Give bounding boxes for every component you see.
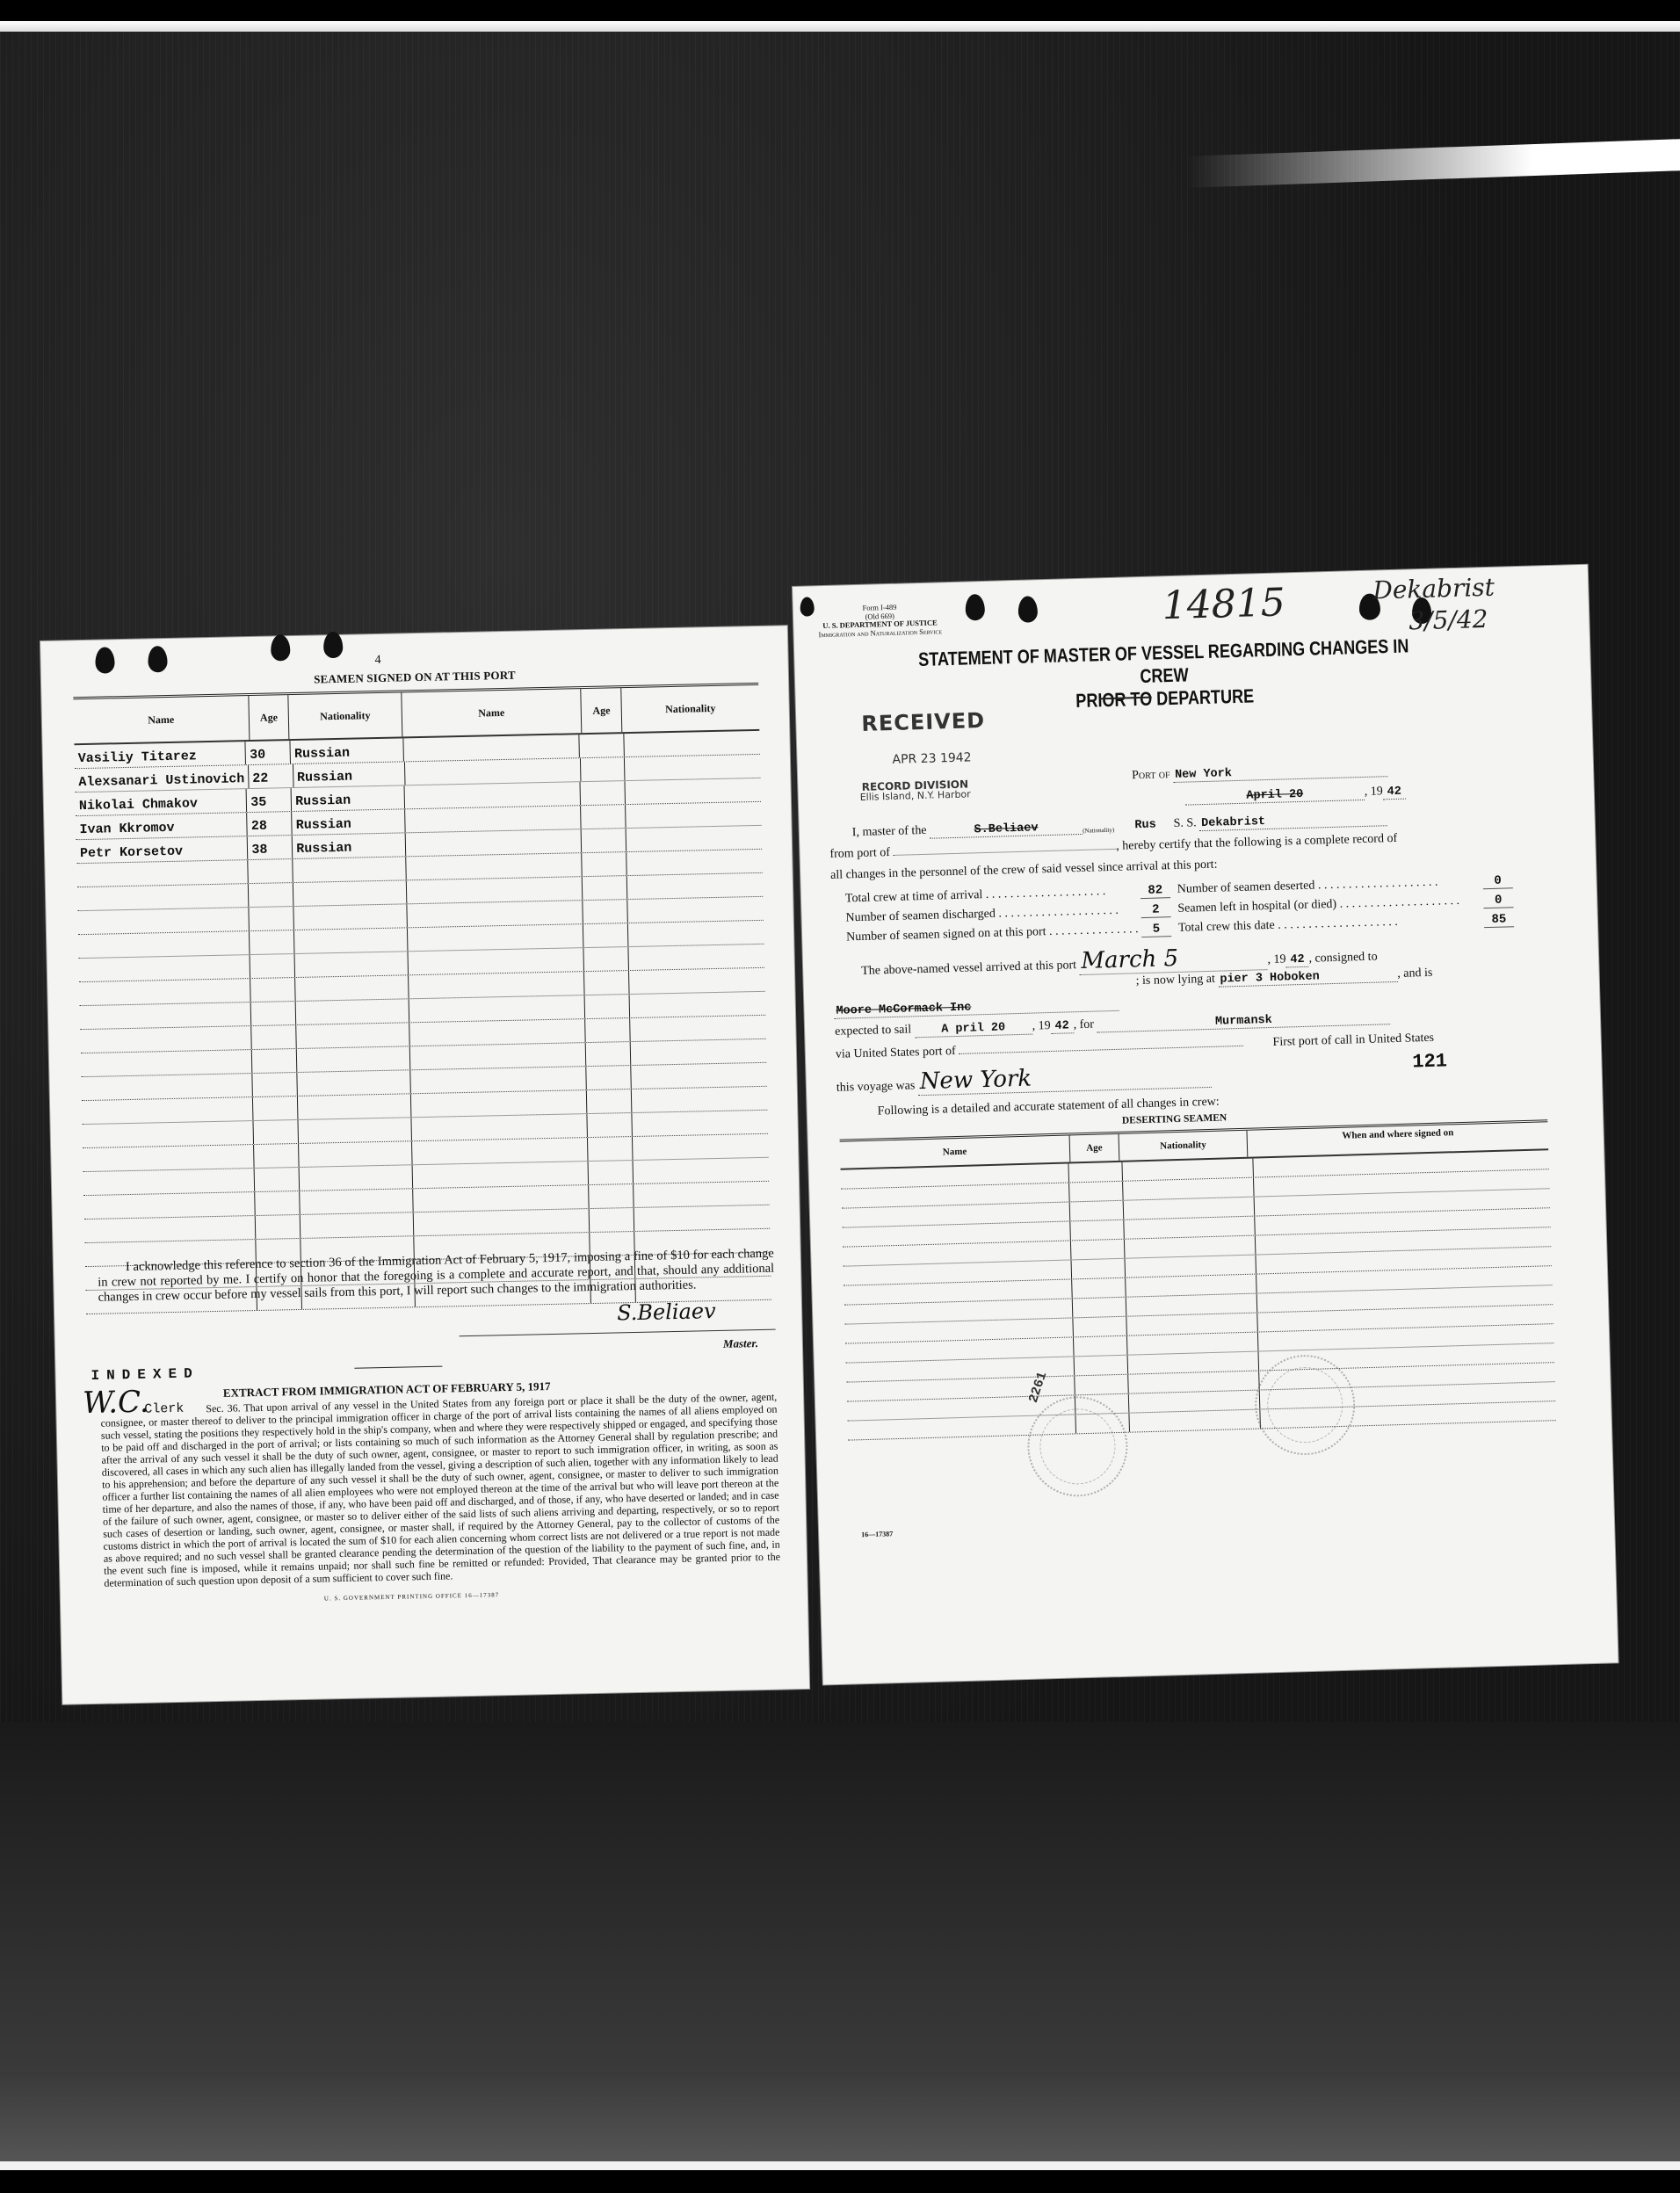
cell-age-2 [588, 1137, 633, 1161]
from-port-label: from port of [829, 846, 890, 861]
port-label: Port of [1132, 768, 1170, 782]
division-location: Ellis Island, N.Y. Harbor [860, 789, 971, 803]
col-age: Age [249, 695, 290, 740]
cell-nationality [296, 999, 409, 1024]
cell-nationality: Russian [293, 762, 406, 787]
service-name: Immigration and Naturalization Service [818, 627, 942, 639]
cell-nationality [1123, 1178, 1254, 1200]
cell-name: Ivan Kkromov [76, 813, 248, 839]
consignee-field: Moore McCormack Inc [834, 996, 1119, 1019]
cell-name-2 [404, 782, 581, 808]
cell-nationality: Russian [291, 738, 404, 764]
cell-name [77, 908, 250, 934]
cell-age-2 [585, 1018, 630, 1042]
cell-nationality [293, 880, 407, 906]
film-light-strip-top [0, 21, 1680, 32]
cell-name-2 [406, 853, 583, 879]
arrived-date: March 5 [1079, 943, 1268, 975]
cell-age [1068, 1162, 1123, 1183]
year-prefix: 19 [1371, 785, 1383, 798]
arrived-year: 42 [1285, 953, 1308, 968]
cell-age-2 [579, 734, 624, 757]
consignee-spacer [834, 984, 1136, 993]
cell-nationality-2 [626, 826, 762, 851]
cell-nationality: Russian [292, 809, 405, 835]
cell-age-2 [586, 1066, 631, 1089]
for-label: , for [1073, 1018, 1094, 1032]
cell-nationality [297, 1046, 410, 1072]
arrived-label: The above-named vessel arrived at this p… [861, 959, 1076, 978]
master-label: Master. [723, 1336, 758, 1351]
destination: Murmansk [1097, 1010, 1390, 1032]
cell-age [1074, 1336, 1128, 1357]
cell-age-2 [589, 1184, 634, 1208]
stat-value: 82 [1141, 883, 1170, 899]
cell-name-2 [412, 1138, 589, 1164]
cell-age [253, 1096, 298, 1120]
cell-nationality [299, 1118, 412, 1143]
cell-age: 28 [248, 812, 293, 836]
col-name: Name [840, 1135, 1071, 1168]
stat-label: Number of seamen signed on at this port [846, 923, 1141, 945]
cell-age [1071, 1240, 1126, 1260]
via-value [959, 1046, 1243, 1054]
cell-nationality [294, 928, 408, 953]
col-nationality: Nationality [1119, 1131, 1248, 1161]
punch-hole-icon [1017, 596, 1038, 623]
cell-nationality [301, 1189, 414, 1214]
cell-nationality [295, 952, 409, 977]
printer-line: 16—17387 [861, 1530, 893, 1538]
cell-name [79, 955, 251, 981]
first-port-label: First port of call in United States [1272, 1031, 1434, 1049]
cell-nationality-2 [632, 1111, 768, 1136]
film-edge-top [0, 0, 1680, 21]
extract-body: Sec. 36. That upon arrival of any vessel… [100, 1391, 780, 1589]
punch-hole-icon [148, 646, 168, 672]
cell-nationality [1126, 1294, 1257, 1316]
vessel-prefix: S. S. [1173, 816, 1196, 830]
col-name: Name [73, 696, 250, 743]
cell-name [84, 1216, 257, 1242]
cell-age [249, 883, 293, 907]
cell-nationality-2 [625, 778, 761, 804]
cell-name [83, 1169, 256, 1195]
cell-age [251, 978, 296, 1002]
cell-name-2 [411, 1090, 588, 1117]
cell-name [78, 931, 250, 958]
left-page: 4 SEAMEN SIGNED ON AT THIS PORT Name Age… [40, 626, 809, 1704]
cell-nationality-2 [629, 992, 765, 1017]
punch-hole-icon [965, 594, 985, 621]
divider [354, 1366, 442, 1369]
cell-name-2 [409, 1043, 586, 1069]
cell-age-2 [584, 971, 629, 995]
cell-nationality-2 [631, 1063, 767, 1089]
received-stamp: RECEIVED [861, 708, 985, 736]
cell-age [1069, 1201, 1124, 1221]
cell-age-2 [583, 923, 628, 947]
cell-nationality [1124, 1198, 1255, 1220]
cell-nationality-2 [624, 731, 760, 756]
indexed-stamp: INDEXED [91, 1365, 199, 1384]
cell-nationality [294, 904, 408, 930]
handwritten-number: 14815 [1162, 580, 1285, 628]
cell-age-2 [581, 829, 626, 852]
cell-name [81, 1050, 253, 1076]
certify-text: , hereby certify that the following is a… [1116, 832, 1397, 853]
cell-name [79, 979, 251, 1005]
cell-nationality [1129, 1391, 1260, 1413]
punch-hole-icon [95, 647, 115, 673]
right-page: Form I-489 (Old 669) U. S. DEPARTMENT OF… [793, 565, 1618, 1685]
record-division-stamp: RECORD DIVISION Ellis Island, N.Y. Harbo… [859, 778, 971, 803]
seamen-signed-on-table: Name Age Nationality Name Age Nationalit… [73, 683, 771, 1314]
form-identifier: Form I-489 (Old 669) U. S. DEPARTMENT OF… [818, 602, 943, 639]
cell-nationality [300, 1165, 413, 1191]
cell-name: Alexsanari Ustinovich [75, 765, 250, 792]
page-number: 4 [374, 654, 380, 668]
cell-name-2 [412, 1162, 589, 1188]
cell-name-2 [405, 758, 581, 785]
cell-nationality [299, 1141, 412, 1167]
cell-age [253, 1073, 298, 1096]
cell-name-2 [409, 972, 585, 998]
and-is: , and is [1397, 966, 1432, 981]
punch-hole-icon [271, 634, 291, 661]
cell-age: 35 [247, 788, 292, 812]
cell-age [1075, 1375, 1129, 1395]
cell-age [251, 1002, 296, 1025]
table-body [841, 1150, 1556, 1440]
film-light-strip-bottom [0, 2161, 1680, 2170]
cell-name-2 [405, 829, 582, 856]
cell-nationality [293, 857, 407, 882]
cell-age-2 [585, 1042, 630, 1066]
signature-line [460, 1329, 776, 1337]
lying-label: ; is now lying at [1135, 973, 1215, 988]
cell-nationality-2 [634, 1205, 770, 1231]
cell-name [82, 1097, 254, 1124]
sail-year: 42 [1050, 1019, 1073, 1034]
cell-age-2 [583, 900, 627, 923]
cell-nationality-2 [626, 873, 763, 899]
col-age-2: Age [582, 688, 623, 733]
cell-nationality-2 [630, 1039, 766, 1065]
col-name-2: Name [402, 689, 583, 736]
film-edge-bottom [0, 2170, 1680, 2193]
handwritten-ship-name: Dekabrist [1372, 573, 1495, 605]
consigned-label: , consigned to [1308, 951, 1378, 966]
cell-age [250, 930, 294, 954]
film-lower-area [0, 1722, 1680, 2161]
year-value: 42 [1383, 785, 1406, 800]
cell-nationality [1130, 1410, 1261, 1432]
cell-name-2 [413, 1185, 590, 1212]
received-date: APR 23 1942 [892, 750, 972, 767]
master-intro: I, master of the [852, 824, 927, 839]
stat-value: 5 [1141, 922, 1171, 937]
cell-nationality [1125, 1217, 1256, 1239]
cell-name: Nikolai Chmakov [76, 789, 248, 815]
cell-nationality [1126, 1275, 1256, 1297]
cell-nationality [297, 1023, 410, 1048]
cell-name [83, 1192, 256, 1219]
cell-nationality-2 [629, 968, 765, 994]
cell-name-2 [406, 877, 583, 903]
cell-age [254, 1120, 299, 1144]
sail-label: expected to sail [835, 1023, 911, 1038]
cell-age [250, 907, 294, 930]
cell-age-2 [582, 876, 626, 900]
voyage-line: this voyage was New York [836, 1060, 1212, 1098]
cell-name-2 [413, 1209, 590, 1235]
cell-age [1074, 1356, 1128, 1376]
cell-age [1070, 1220, 1125, 1241]
cell-age-2 [588, 1161, 633, 1184]
cell-age: 38 [248, 836, 293, 859]
cell-name-2 [408, 948, 584, 974]
stat-value: 0 [1483, 893, 1513, 908]
cell-age-2 [587, 1113, 632, 1137]
cell-age-2 [582, 852, 626, 876]
cell-name-2 [410, 1067, 587, 1093]
table-body: Vasiliy Titarez30RussianAlexsanari Ustin… [74, 731, 771, 1314]
cell-name-2 [405, 806, 582, 832]
cell-name [81, 1074, 253, 1100]
cell-age-2 [583, 947, 628, 971]
cell-age [1071, 1259, 1126, 1279]
cell-age [1072, 1278, 1126, 1299]
port-value: New York [1173, 763, 1387, 783]
cell-nationality: Russian [292, 785, 405, 811]
from-port-value [893, 849, 1116, 856]
reference-number: 121 [1412, 1050, 1447, 1073]
nationality-value: Rus [1117, 818, 1173, 833]
form-title: STATEMENT OF MASTER OF VESSEL REGARDING … [904, 634, 1424, 717]
cell-age [1073, 1317, 1127, 1337]
cell-name [83, 1121, 255, 1147]
handwritten-date: 3/5/42 [1408, 604, 1488, 636]
cell-nationality-2 [626, 850, 763, 875]
cell-name-2 [409, 995, 585, 1022]
cell-name: Vasiliy Titarez [74, 742, 246, 768]
cell-nationality [1126, 1256, 1256, 1277]
cell-name: Petr Korsetov [76, 836, 249, 863]
cell-nationality [298, 1070, 411, 1096]
stat-label: Total crew this date [1171, 913, 1484, 937]
col-nationality: Nationality [289, 692, 402, 739]
cell-age-2 [589, 1208, 634, 1232]
voyage-value: New York [917, 1060, 1212, 1096]
cell-name-2 [411, 1114, 588, 1140]
cell-age [255, 1168, 300, 1191]
cell-nationality-2 [633, 1134, 769, 1160]
date-field: April 20, 1942 [1185, 785, 1406, 806]
crew-statistics: Total crew at time of arrival82Number of… [845, 869, 1515, 945]
master-signature: S.Beliaev [617, 1299, 716, 1325]
cell-age [256, 1191, 301, 1215]
cell-nationality [1123, 1159, 1254, 1181]
cell-age-2 [581, 757, 626, 781]
master-name: S.Beliaev [930, 821, 1083, 839]
port-field: Port of New York [1132, 762, 1387, 784]
cell-nationality-2 [630, 1016, 766, 1041]
consignee-value: Moore McCormack Inc [834, 997, 1119, 1019]
stat-value: 0 [1482, 873, 1512, 889]
cell-nationality [1127, 1333, 1258, 1355]
cell-age-2 [580, 781, 625, 805]
col-nationality-2: Nationality [621, 685, 759, 732]
cell-nationality-2 [626, 802, 762, 828]
cell-age [250, 954, 295, 978]
cell-age [256, 1215, 301, 1239]
sail-date: A pril 20 [915, 1021, 1032, 1039]
cell-nationality-2 [628, 945, 764, 970]
cell-nationality [1127, 1314, 1258, 1335]
cell-nationality [295, 975, 409, 1001]
cell-nationality [301, 1212, 414, 1238]
stat-value: 85 [1484, 912, 1514, 928]
cell-nationality-2 [633, 1158, 769, 1183]
cell-age: 30 [246, 741, 291, 764]
cell-nationality [1125, 1236, 1256, 1258]
cell-age [1069, 1182, 1124, 1202]
lying-at: pier 3 Hoboken [1218, 968, 1397, 988]
cell-name-2 [409, 1019, 586, 1046]
cell-name-2 [408, 924, 584, 951]
cell-nationality: Russian [293, 833, 406, 858]
cell-age-2 [587, 1089, 632, 1113]
cell-name [76, 860, 249, 887]
col-age: Age [1070, 1134, 1120, 1162]
cell-name-2 [403, 735, 580, 761]
cell-name-2 [407, 901, 583, 927]
cell-name [80, 1002, 252, 1029]
cell-nationality [298, 1094, 411, 1119]
cell-nationality-2 [631, 1087, 767, 1112]
cell-name [80, 1026, 252, 1053]
cell-nationality-2 [634, 1182, 770, 1207]
voyage-label: this voyage was [836, 1079, 916, 1094]
vessel-name: Dekabrist [1199, 812, 1387, 831]
stat-value: 2 [1141, 902, 1170, 918]
cell-name [77, 884, 250, 910]
cell-nationality [1128, 1372, 1259, 1393]
cell-age [254, 1144, 299, 1168]
date-value: April 20 [1185, 786, 1365, 806]
cell-age: 22 [249, 764, 293, 788]
deserting-seamen-table: Name Age Nationality When and where sign… [840, 1119, 1556, 1440]
punch-hole-icon [323, 632, 344, 658]
cell-age-2 [581, 805, 626, 829]
stat-left: Number of seamen signed on at this port5 [846, 922, 1171, 945]
cell-age-2 [584, 995, 629, 1018]
printer-line: U. S. GOVERNMENT PRINTING OFFICE 16—1738… [324, 1591, 499, 1602]
cell-nationality-2 [628, 921, 764, 946]
cell-nationality-2 [627, 897, 764, 923]
cell-age [252, 1049, 297, 1073]
cell-name [83, 1145, 255, 1171]
via-label: via United States port of [836, 1045, 956, 1061]
nationality-caption: (Nationality) [1083, 827, 1114, 835]
cell-age [252, 1025, 297, 1049]
punch-hole-icon [800, 597, 815, 616]
cell-age [1072, 1298, 1126, 1318]
cell-nationality-2 [625, 755, 760, 780]
cell-nationality [1128, 1352, 1259, 1374]
cell-age [249, 859, 293, 883]
